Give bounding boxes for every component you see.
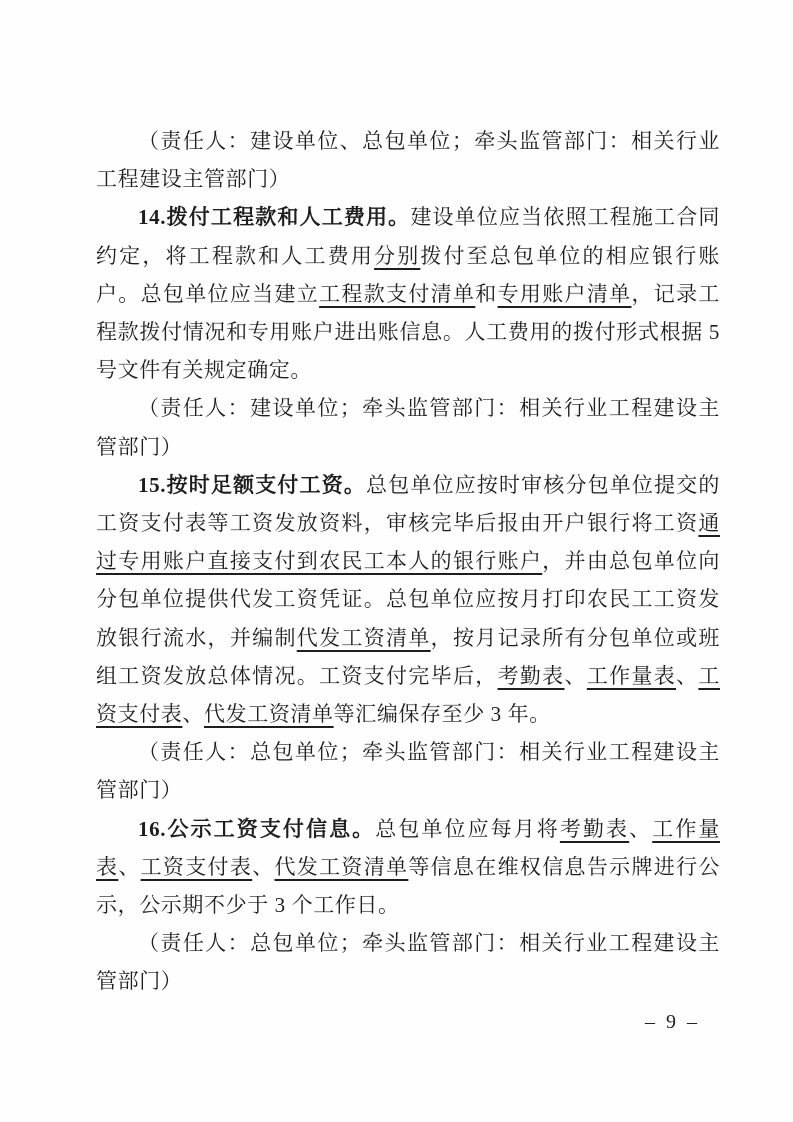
page-number: – 9 – [645, 1011, 700, 1034]
paragraph-item-16: 16.公示工资支付信息。总包单位应每月将考勤表、工作量表、工资支付表、代发工资清… [96, 810, 720, 925]
body-text: 、 [252, 855, 274, 879]
body-text: （责任人：建设单位；牵头监管部门：相关行业工程建设主管部门） [96, 396, 720, 458]
body-text: 总包单位应每月将 [375, 817, 560, 841]
underlined-term: 代发工资清单 [204, 702, 334, 726]
body-text: 、 [629, 817, 652, 841]
paragraph-item-14: 14.拨付工程款和人工费用。建设单位应当依照工程施工合同约定，将工程款和人工费用… [96, 198, 720, 389]
underlined-term: 工资支付表 [141, 855, 253, 879]
responsibility-note: （责任人：总包单位；牵头监管部门：相关行业工程建设主管部门） [96, 924, 720, 1000]
responsibility-note: （责任人：建设单位；牵头监管部门：相关行业工程建设主管部门） [96, 389, 720, 465]
body-text: （责任人：建设单位、总包单位；牵头监管部门：相关行业工程建设主管部门） [96, 129, 720, 191]
underlined-term: 代发工资清单 [275, 855, 409, 879]
body-text: 、 [182, 702, 204, 726]
item-heading-text: 15.按时足额支付工资。 [138, 473, 366, 497]
item-heading-text: 16.公示工资支付信息。 [138, 817, 375, 841]
responsibility-note: （责任人：建设单位、总包单位；牵头监管部门：相关行业工程建设主管部门） [96, 122, 720, 198]
document-page: （责任人：建设单位、总包单位；牵头监管部门：相关行业工程建设主管部门） 14.拨… [0, 0, 793, 1122]
underlined-term: 考勤表 [560, 817, 629, 841]
body-text: 、 [676, 664, 698, 688]
body-text: 、 [118, 855, 140, 879]
body-text: （责任人：总包单位；牵头监管部门：相关行业工程建设主管部门） [96, 740, 720, 802]
item-heading-text: 14.拨付工程款和人工费用。 [138, 205, 410, 229]
body-text: 和 [475, 282, 497, 306]
document-body: （责任人：建设单位、总包单位；牵头监管部门：相关行业工程建设主管部门） 14.拨… [96, 122, 720, 1001]
underlined-term: 专用账户清单 [498, 282, 632, 306]
underlined-term: 工程款支付清单 [319, 282, 475, 306]
responsibility-note: （责任人：总包单位；牵头监管部门：相关行业工程建设主管部门） [96, 733, 720, 809]
underlined-term: 分别 [374, 244, 420, 268]
body-text: 、 [565, 664, 587, 688]
body-text: （责任人：总包单位；牵头监管部门：相关行业工程建设主管部门） [96, 931, 720, 993]
underlined-term: 工作量表 [587, 664, 676, 688]
body-text: 等汇编保存至少 3 年。 [334, 702, 551, 726]
underlined-term: 代发工资清单 [297, 626, 431, 650]
underlined-term: 考勤表 [498, 664, 565, 688]
paragraph-item-15: 15.按时足额支付工资。总包单位应按时审核分包单位提交的工资支付表等工资发放资料… [96, 466, 720, 733]
